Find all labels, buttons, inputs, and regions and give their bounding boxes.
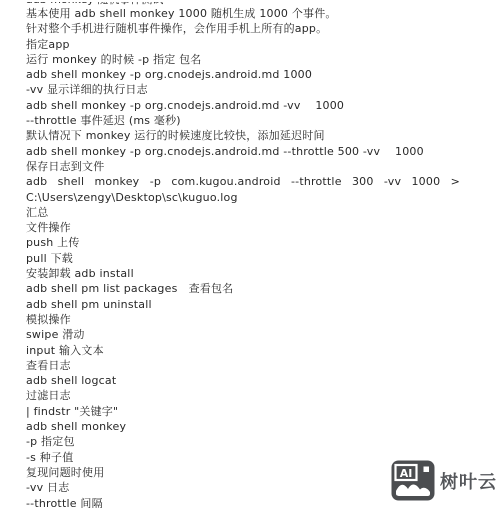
doc-line: 保存日志到文件 [26,159,464,174]
document-page: adb monkey 随机事件测试 基本使用 adb shell monkey … [0,0,500,508]
doc-line: -p 指定包 [26,434,464,449]
doc-line: adb shell pm list packages 查看包名 [26,281,464,296]
document-body: adb monkey 随机事件测试 基本使用 adb shell monkey … [0,0,500,508]
doc-line: -vv 显示详细的执行日志 [26,82,464,97]
doc-line: | findstr "关键字" [26,404,464,419]
doc-line: 基本使用 adb shell monkey 1000 随机生成 1000 个事件… [26,6,464,21]
doc-line: --throttle 事件延迟 (ms 毫秒) [26,113,464,128]
doc-line: 汇总 [26,205,464,220]
doc-line-justified: adb shell monkey -p com.kugou.android --… [26,174,460,189]
doc-line: 运行 monkey 的时候 -p 指定 包名 [26,52,464,67]
doc-line: adb shell monkey -p org.cnodejs.android.… [26,98,464,113]
doc-line: 过滤日志 [26,388,464,403]
doc-line: adb shell logcat [26,373,464,388]
doc-line: 默认情况下 monkey 运行的时候速度比较快，添加延迟时间 [26,128,464,143]
doc-line: 指定app [26,37,464,52]
doc-line: adb shell pm uninstall [26,297,464,312]
doc-line: adb shell monkey -p org.cnodejs.android.… [26,144,464,159]
doc-line: pull 下载 [26,251,464,266]
doc-line: input 输入文本 [26,343,464,358]
watermark: AI 树叶云 [391,460,497,501]
watermark-ai-label: AI [400,467,413,480]
watermark-brand-text: 树叶云 [440,468,497,494]
doc-line: adb shell monkey [26,419,464,434]
doc-line: adb shell monkey -p org.cnodejs.android.… [26,67,464,82]
doc-line: 针对整个手机进行随机事件操作，会作用手机上所有的app。 [26,21,464,36]
ai-image-logo-icon: AI [391,460,435,501]
doc-line: 安装卸载 adb install [26,266,464,281]
doc-line-filepath: C:\Users\zengy\Desktop\sc\kuguo.log [26,190,464,205]
doc-line: 模拟操作 [26,312,464,327]
doc-line: push 上传 [26,235,464,250]
doc-line: swipe 滑动 [26,327,464,342]
doc-line: 查看日志 [26,358,464,373]
doc-line: 文件操作 [26,220,464,235]
